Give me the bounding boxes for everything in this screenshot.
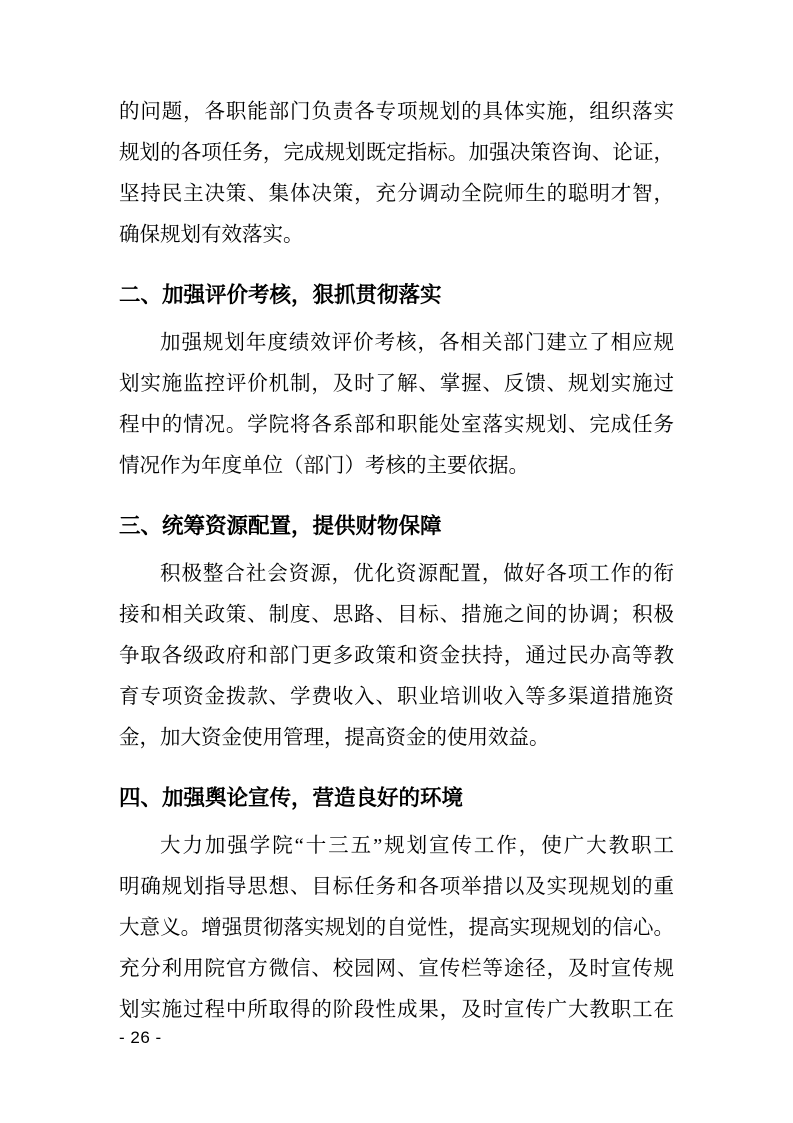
page-number: - 26 - xyxy=(119,1028,162,1048)
section-4-paragraph: 大力加强学院“十三五”规划宣传工作，使广大教职工明确规划指导思想、目标任务和各项… xyxy=(119,826,674,1031)
paragraph-line: 确保规划有效落实。 xyxy=(119,215,674,256)
paragraph-line: 的问题，各职能部门负责各专项规划的具体实施，组织落实 xyxy=(119,92,674,133)
paragraph-line: 接和相关政策、制度、思路、目标、措施之间的协调；积极 xyxy=(119,595,674,636)
paragraph-line: 划实施监控评价机制，及时了解、掌握、反馈、规划实施过 xyxy=(119,364,674,405)
document-page: 的问题，各职能部门负责各专项规划的具体实施，组织落实规划的各项任务，完成规划既定… xyxy=(0,0,793,1123)
paragraph-line: 充分利用院官方微信、校园网、宣传栏等途径，及时宣传规 xyxy=(119,949,674,990)
section-4-heading: 四、加强舆论宣传，营造良好的环境 xyxy=(119,778,674,819)
paragraph-line: 育专项资金拨款、学费收入、职业培训收入等多渠道措施资 xyxy=(119,677,674,718)
paragraph-line: 规划的各项任务，完成规划既定指标。加强决策咨询、论证， xyxy=(119,133,674,174)
paragraph-line: 加强规划年度绩效评价考核，各相关部门建立了相应规 xyxy=(119,323,674,364)
section-2-heading: 二、加强评价考核，狠抓贯彻落实 xyxy=(119,275,674,316)
paragraph-line: 划实施过程中所取得的阶段性成果，及时宣传广大教职工在 xyxy=(119,990,674,1031)
section-3-heading: 三、统筹资源配置，提供财物保障 xyxy=(119,506,674,547)
paragraph-line: 程中的情况。学院将各系部和职能处室落实规划、完成任务 xyxy=(119,405,674,446)
paragraph-line: 大意义。增强贯彻落实规划的自觉性，提高实现规划的信心。 xyxy=(119,908,674,949)
paragraph-line: 争取各级政府和部门更多政策和资金扶持，通过民办高等教 xyxy=(119,636,674,677)
paragraph-line: 积极整合社会资源，优化资源配置，做好各项工作的衔 xyxy=(119,554,674,595)
section-3-paragraph: 积极整合社会资源，优化资源配置，做好各项工作的衔接和相关政策、制度、思路、目标、… xyxy=(119,554,674,759)
section-2-paragraph: 加强规划年度绩效评价考核，各相关部门建立了相应规划实施监控评价机制，及时了解、掌… xyxy=(119,323,674,487)
paragraph-line: 明确规划指导思想、目标任务和各项举措以及实现规划的重 xyxy=(119,867,674,908)
paragraph-line: 金，加大资金使用管理，提高资金的使用效益。 xyxy=(119,718,674,759)
paragraph-line: 情况作为年度单位（部门）考核的主要依据。 xyxy=(119,446,674,487)
paragraph-line: 坚持民主决策、集体决策，充分调动全院师生的聪明才智， xyxy=(119,174,674,215)
paragraph-line: 大力加强学院“十三五”规划宣传工作，使广大教职工 xyxy=(119,826,674,867)
paragraph-continued-from-previous-page: 的问题，各职能部门负责各专项规划的具体实施，组织落实规划的各项任务，完成规划既定… xyxy=(119,92,674,256)
